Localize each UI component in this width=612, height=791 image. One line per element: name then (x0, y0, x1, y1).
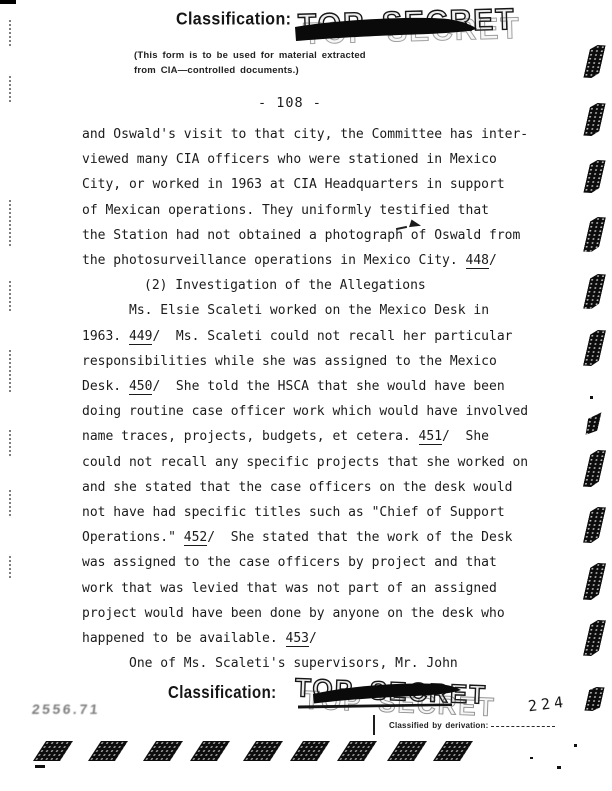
binding-mark-right (584, 412, 601, 435)
binding-mark-bottom (433, 741, 473, 761)
footnote-reference: 452 (184, 530, 207, 546)
body-line: Operations." 452/ She stated that the wo… (82, 525, 562, 550)
binding-mark-bottom (33, 741, 73, 761)
binding-mark-right (583, 450, 606, 488)
top-secret-stamp-top: TOP SECRET TOP SECRET (298, 3, 516, 43)
derivation-blank-line (491, 726, 555, 727)
scan-speck (557, 766, 561, 769)
top-secret-stamp-echo-bottom: TOP SECRET (303, 685, 496, 723)
classification-underline-bottom (298, 704, 452, 709)
form-note-line1: (This form is to be used for material ex… (134, 49, 384, 64)
scan-edge-tick (9, 490, 11, 516)
body-line: of Mexican operations. They uniformly te… (82, 198, 562, 223)
classified-by-label: Classified by derivation: (389, 721, 488, 730)
body-line: 1963. 449/ Ms. Scaleti could not recall … (82, 324, 562, 349)
body-line: Ms. Elsie Scaleti worked on the Mexico D… (82, 298, 562, 323)
body-line: the Station had not obtained a photograp… (82, 223, 562, 248)
scan-speck (574, 744, 577, 747)
divider-bar (373, 715, 375, 735)
binding-mark-right (583, 160, 605, 194)
footnote-reference: 453 (286, 631, 309, 647)
binding-mark-bottom (387, 741, 427, 761)
footnote-reference: 448 (466, 253, 489, 269)
footnote-reference: 450 (129, 379, 152, 395)
scan-edge-tick (9, 20, 11, 46)
form-note: (This form is to be used for material ex… (134, 49, 384, 78)
scan-speck (35, 765, 45, 768)
body-line: (2) Investigation of the Allegations (82, 273, 562, 298)
body-line: Desk. 450/ She told the HSCA that she wo… (82, 374, 562, 399)
body-line: could not recall any specific projects t… (82, 450, 562, 475)
binding-mark-right (583, 45, 605, 79)
body-line: doing routine case officer work which wo… (82, 399, 562, 424)
body-line: name traces, projects, budgets, et ceter… (82, 424, 562, 449)
document-body: and Oswald's visit to that city, the Com… (82, 122, 562, 676)
binding-mark-right (583, 330, 606, 367)
top-secret-stamp-text: TOP SECRET (298, 3, 516, 42)
body-line: not have had specific titles such as "Ch… (82, 500, 562, 525)
binding-mark-right (583, 507, 606, 544)
redaction-scribble-bottom (313, 683, 461, 703)
body-line: One of Ms. Scaleti's supervisors, Mr. Jo… (82, 651, 562, 676)
top-secret-stamp-echo: TOP SECRET (303, 12, 521, 52)
form-note-line2: from CIA—controlled documents.) (134, 64, 384, 79)
binding-mark-right (583, 620, 606, 657)
binding-mark-bottom (290, 741, 330, 761)
scan-corner-artifact (0, 0, 16, 4)
scan-speck (530, 757, 533, 759)
scan-edge-tick (9, 200, 11, 246)
scan-edge-tick (9, 76, 11, 102)
body-line: and Oswald's visit to that city, the Com… (82, 122, 562, 147)
body-line: responsibilities while she was assigned … (82, 349, 562, 374)
binding-mark-right (584, 687, 604, 712)
binding-mark-right (583, 103, 605, 137)
body-line: was assigned to the case officers by pro… (82, 550, 562, 575)
scan-edge-tick (9, 350, 11, 392)
body-line: the photosurveillance operations in Mexi… (82, 248, 562, 273)
page-number-footer: 224 (527, 693, 568, 716)
scan-edge-tick (9, 281, 11, 311)
binding-mark-right (583, 274, 606, 310)
binding-mark-right (583, 563, 606, 601)
classification-label-top: Classification: (176, 10, 291, 29)
binding-mark-bottom (190, 741, 230, 761)
page-number-header: - 108 - (258, 95, 322, 111)
classification-label-bottom: Classification: (168, 682, 277, 702)
binding-mark-bottom (337, 741, 377, 761)
binding-mark-bottom (143, 741, 183, 761)
footnote-reference: 451 (419, 429, 442, 445)
top-secret-stamp-text-bottom: TOP SECRET (295, 672, 488, 709)
binding-mark-right (583, 217, 606, 253)
classified-by-derivation: Classified by derivation: (389, 721, 555, 730)
body-line: and she stated that the case officers on… (82, 475, 562, 500)
body-line: happened to be available. 453/ (82, 626, 562, 651)
scan-speck (590, 396, 593, 399)
body-line: City, or worked in 1963 at CIA Headquart… (82, 172, 562, 197)
binding-mark-bottom (88, 741, 128, 761)
scan-edge-tick (9, 430, 11, 456)
body-line: viewed many CIA officers who were statio… (82, 147, 562, 172)
redaction-scribble-top (295, 18, 477, 41)
scan-edge-tick (9, 556, 11, 578)
footnote-reference: 449 (129, 329, 152, 345)
body-line: work that was levied that was not part o… (82, 576, 562, 601)
binding-mark-bottom (243, 741, 283, 761)
top-secret-stamp-bottom: TOP SECRET TOP SECRET (294, 672, 487, 710)
body-line: project would have been done by anyone o… (82, 601, 562, 626)
document-number-stamp: 2556.71 (31, 701, 101, 717)
